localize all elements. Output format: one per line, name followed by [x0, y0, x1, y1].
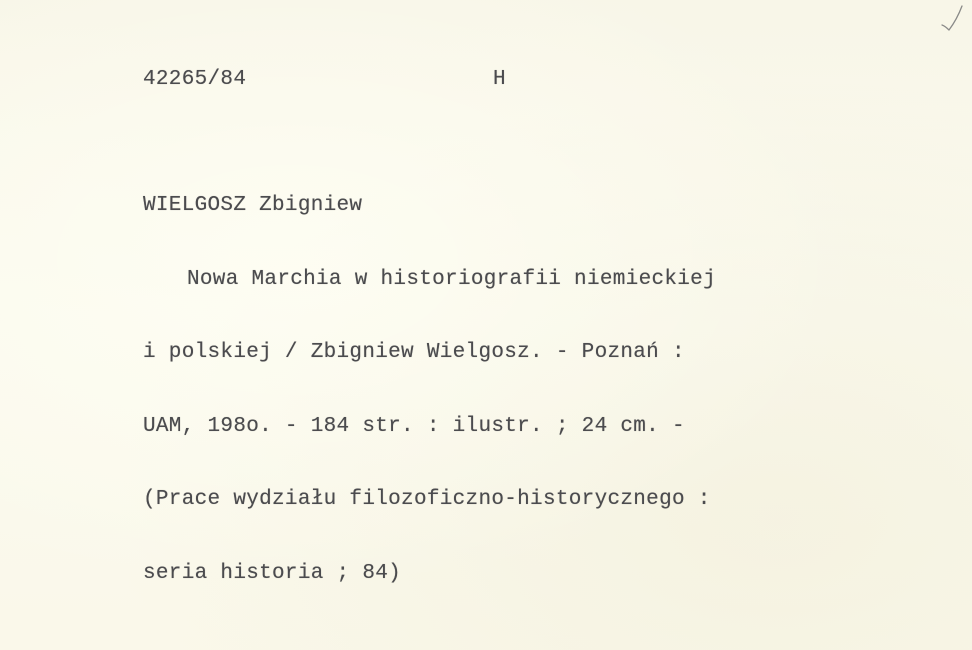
- author-heading: WIELGOSZ Zbigniew: [143, 194, 716, 219]
- catalog-card: 42265/84 H WIELGOSZ Zbigniew Nowa Marchi…: [0, 0, 972, 650]
- title-line: Nowa Marchia w historiografii niemieckie…: [143, 268, 716, 293]
- classification-mark: H: [493, 68, 506, 93]
- bibliographic-entry: WIELGOSZ Zbigniew Nowa Marchia w histori…: [143, 145, 716, 635]
- accession-number: 42265/84: [143, 68, 246, 93]
- pencil-check-mark-icon: [940, 4, 964, 34]
- title-continuation-line: i polskiej / Zbigniew Wielgosz. - Poznań…: [143, 341, 716, 366]
- series-line: (Prace wydziału filozoficzno-historyczne…: [143, 488, 716, 513]
- series-continuation-line: seria historia ; 84): [143, 562, 716, 587]
- publication-line: UAM, 198o. - 184 str. : ilustr. ; 24 cm.…: [143, 415, 716, 440]
